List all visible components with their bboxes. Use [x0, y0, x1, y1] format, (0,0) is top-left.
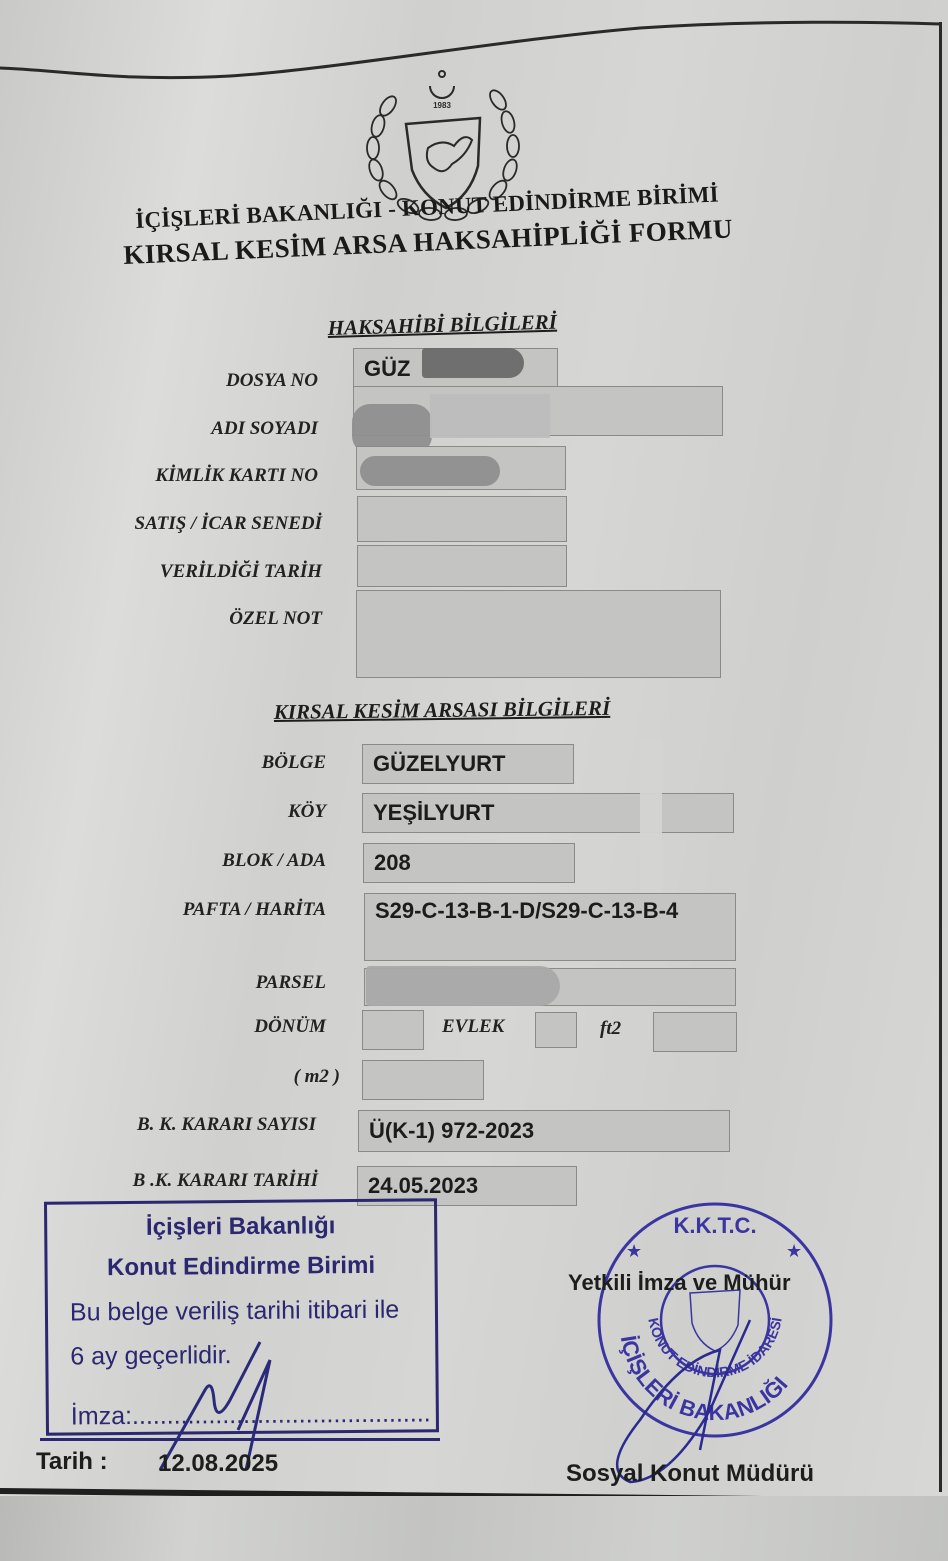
official-seal-icon: K.K.T.C. ★ ★ İÇİŞLERİ BAKANLIĞI KONUT ED…: [590, 1195, 840, 1445]
label-satis-icar-senedi: SATIŞ / İCAR SENEDİ: [135, 513, 322, 535]
field-ft2[interactable]: [653, 1012, 737, 1052]
field-ozel-not[interactable]: [356, 590, 721, 678]
label-blok-ada: BLOK / ADA: [222, 850, 326, 872]
label-koy: KÖY: [288, 801, 326, 823]
label-verildigi-tarih: VERİLDİĞİ TARİH: [160, 561, 322, 583]
label-m2: ( m2 ): [294, 1066, 340, 1088]
stamp-signature-line: İmza:...................................…: [49, 1399, 436, 1431]
label-evlek: EVLEK: [442, 1016, 504, 1038]
label-ft2: ft2: [600, 1018, 621, 1040]
field-satis-icar-senedi[interactable]: [357, 496, 567, 542]
label-bk-karari-tarihi: B .K. KARARI TARİHİ: [133, 1170, 318, 1192]
stamp-underline: [40, 1438, 440, 1441]
redaction-mark: [430, 394, 550, 438]
label-bolge: BÖLGE: [262, 752, 326, 774]
redaction-mark: [360, 456, 500, 486]
official-title: Sosyal Konut Müdürü: [566, 1460, 814, 1488]
redaction-mark: [422, 348, 524, 378]
field-koy[interactable]: YEŞİLYURT: [362, 793, 734, 833]
redaction-mark: [366, 966, 560, 1006]
svg-text:KONUT EDİNDİRME İDARESİ: KONUT EDİNDİRME İDARESİ: [645, 1316, 784, 1380]
field-evlek[interactable]: [535, 1012, 577, 1048]
svg-text:★: ★: [626, 1241, 642, 1261]
label-bk-karari-sayisi: B. K. KARARI SAYISI: [137, 1114, 316, 1136]
field-bolge[interactable]: GÜZELYURT: [362, 744, 574, 784]
section-heading-land: KIRSAL KESİM ARSASI BİLGİLERİ: [274, 696, 611, 725]
label-ozel-not: ÖZEL NOT: [229, 608, 322, 630]
label-parsel: PARSEL: [256, 972, 326, 994]
field-blok-ada[interactable]: 208: [363, 843, 575, 883]
svg-text:1983: 1983: [433, 101, 451, 110]
section-heading-holder: HAKSAHİBİ BİLGİLERİ: [327, 310, 557, 341]
stamp-unit: Konut Edindirme Birimi: [47, 1251, 434, 1282]
label-kimlik-kartı-no: KİMLİK KARTI NO: [155, 465, 318, 487]
validity-stamp: İçişleri Bakanlığı Konut Edindirme Birim…: [44, 1198, 439, 1435]
value-dosya-no: GÜZ: [364, 356, 410, 381]
field-pafta-harita[interactable]: S29-C-13-B-1-D/S29-C-13-B-4: [364, 893, 736, 961]
svg-text:★: ★: [786, 1241, 802, 1261]
stamp-ministry: İçişleri Bakanlığı: [47, 1211, 434, 1242]
svg-text:K.K.T.C.: K.K.T.C.: [673, 1213, 756, 1238]
label-pafta-harita: PAFTA / HARİTA: [183, 899, 326, 921]
value-pafta-harita: S29-C-13-B-1-D/S29-C-13-B-4: [375, 898, 678, 923]
label-adi-soyadi: ADI SOYADI: [211, 418, 318, 440]
stamp-validity-period: 6 ay geçerlidir.: [48, 1339, 435, 1371]
date-label: Tarih :: [36, 1448, 108, 1476]
field-m2[interactable]: [362, 1060, 484, 1100]
label-donum: DÖNÜM: [254, 1016, 326, 1038]
field-bk-karari-sayisi[interactable]: Ü(K-1) 972-2023: [358, 1110, 730, 1152]
field-verildigi-tarih[interactable]: [357, 545, 567, 587]
authorized-signature-label: Yetkili İmza ve Mühür: [568, 1270, 791, 1296]
value-bk-karari-sayisi: Ü(K-1) 972-2023: [369, 1118, 534, 1143]
document-page: 1983 İÇİŞLERİ BAKANLIĞI - KONUT EDİNDİRM…: [0, 0, 948, 1561]
stamp-validity-text: Bu belge veriliş tarihi itibari ile: [48, 1295, 435, 1327]
redaction-mark: [640, 740, 662, 900]
background-surface: [0, 1496, 948, 1561]
value-bk-karari-tarihi: 24.05.2023: [368, 1173, 478, 1198]
label-dosya-no: DOSYA NO: [226, 370, 318, 392]
value-blok-ada: 208: [374, 850, 411, 875]
value-koy: YEŞİLYURT: [373, 800, 494, 825]
date-value: 12.08.2025: [158, 1450, 278, 1478]
value-bolge: GÜZELYURT: [373, 751, 505, 776]
sheet-border-right: [939, 22, 942, 1492]
field-donum[interactable]: [362, 1010, 424, 1050]
